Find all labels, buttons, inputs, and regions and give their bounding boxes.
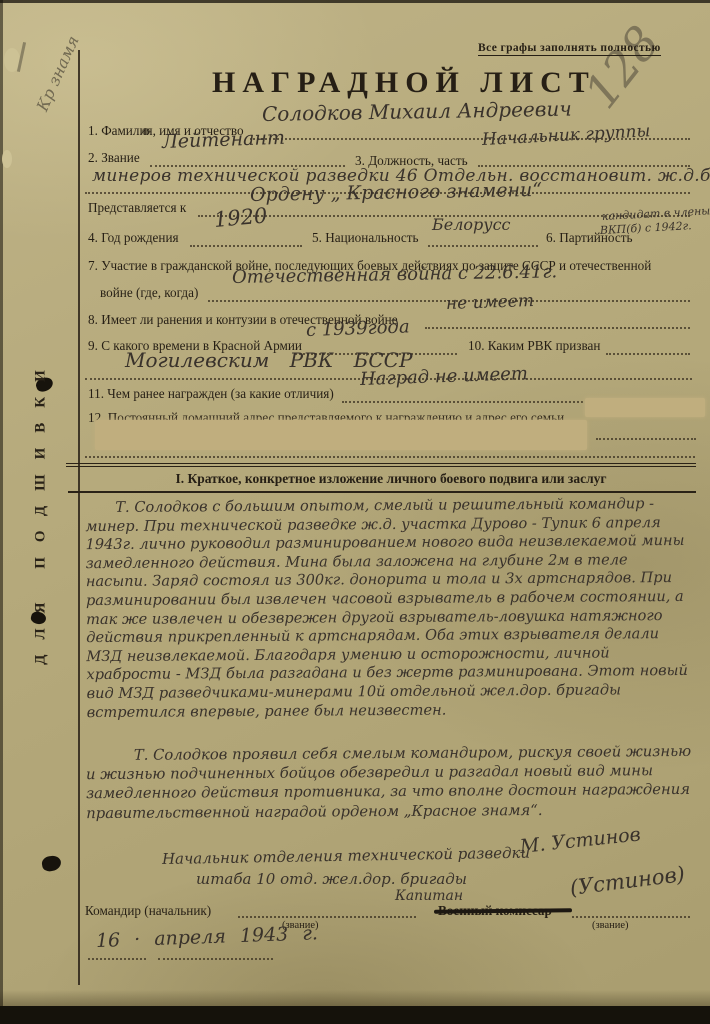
fill-line <box>478 149 690 167</box>
field-value-army-since: с 1939года <box>306 316 410 341</box>
pencil-note-award: Кр знамя <box>33 33 83 114</box>
fill-line <box>88 944 146 960</box>
scan-edge-bottom <box>0 1006 710 1024</box>
document-page: ДЛЯ ПОДШИВКИ Кр знамя 128 Все графы запо… <box>0 0 710 1024</box>
fill-line <box>238 900 416 918</box>
scanned-document: ДЛЯ ПОДШИВКИ Кр знамя 128 Все графы запо… <box>0 0 710 1024</box>
signature-ustinov: М. Устинов <box>519 823 642 858</box>
fill-line <box>190 229 302 247</box>
section-heading: I. Краткое, конкретное изложение личного… <box>85 471 697 487</box>
field-label-rank: 2. Звание <box>88 150 140 166</box>
field-label-nationality: 5. Национальность <box>312 230 419 246</box>
paper-bottom-crease <box>0 990 710 1006</box>
fill-line <box>606 337 690 355</box>
field-label-birth-year: 4. Год рождения <box>88 230 179 246</box>
fill-instruction: Все графы заполнять полностью <box>478 42 661 56</box>
fill-line <box>85 440 695 458</box>
margin-vertical-label: ДЛЯ ПОДШИВКИ <box>33 355 50 665</box>
fill-line <box>572 900 690 918</box>
signer-role-line-1: Начальник отделения технической разведки <box>162 844 530 868</box>
redaction-block <box>585 398 705 417</box>
signer-role-line-2: штаба 10 отд. жел.дор. бригады <box>196 870 467 888</box>
fill-line <box>425 311 690 329</box>
feat-description-paragraph-1: Т. Солодков с большим опытом, смелый и р… <box>85 495 695 722</box>
section-separator <box>66 458 696 467</box>
scan-edge-top <box>0 0 710 3</box>
fill-line <box>158 944 273 960</box>
fill-line <box>596 422 696 440</box>
punch-hole <box>41 854 62 872</box>
feat-description-paragraph-2: Т. Солодков проявил себя смелым командир… <box>86 742 695 823</box>
signature-ustinov-paren: (Устинов) <box>569 862 687 900</box>
field-value-rank: Лейтенант <box>162 127 286 153</box>
rank-caption-right: (звание) <box>592 920 629 931</box>
field-label-presented: Представляется к <box>88 200 186 216</box>
field-label-war-where: войне (где, когда) <box>100 285 198 301</box>
paper-tear <box>2 150 12 168</box>
document-title: НАГРАДНОЙ ЛИСТ <box>212 66 584 100</box>
field-label-prior-awards: 11. Чем ранее награжден (за какие отличи… <box>88 386 334 402</box>
field-value-nationality: Белорусс <box>432 215 511 234</box>
field-label-rvk: 10. Каким РВК призван <box>468 338 600 354</box>
margin-rule <box>78 50 80 985</box>
commander-label: Командир (начальник) <box>85 903 211 919</box>
field-value-wounds: не имеет <box>446 291 535 314</box>
field-value-birth-year: 1920 <box>213 203 268 232</box>
section-heading-rule <box>68 491 696 493</box>
